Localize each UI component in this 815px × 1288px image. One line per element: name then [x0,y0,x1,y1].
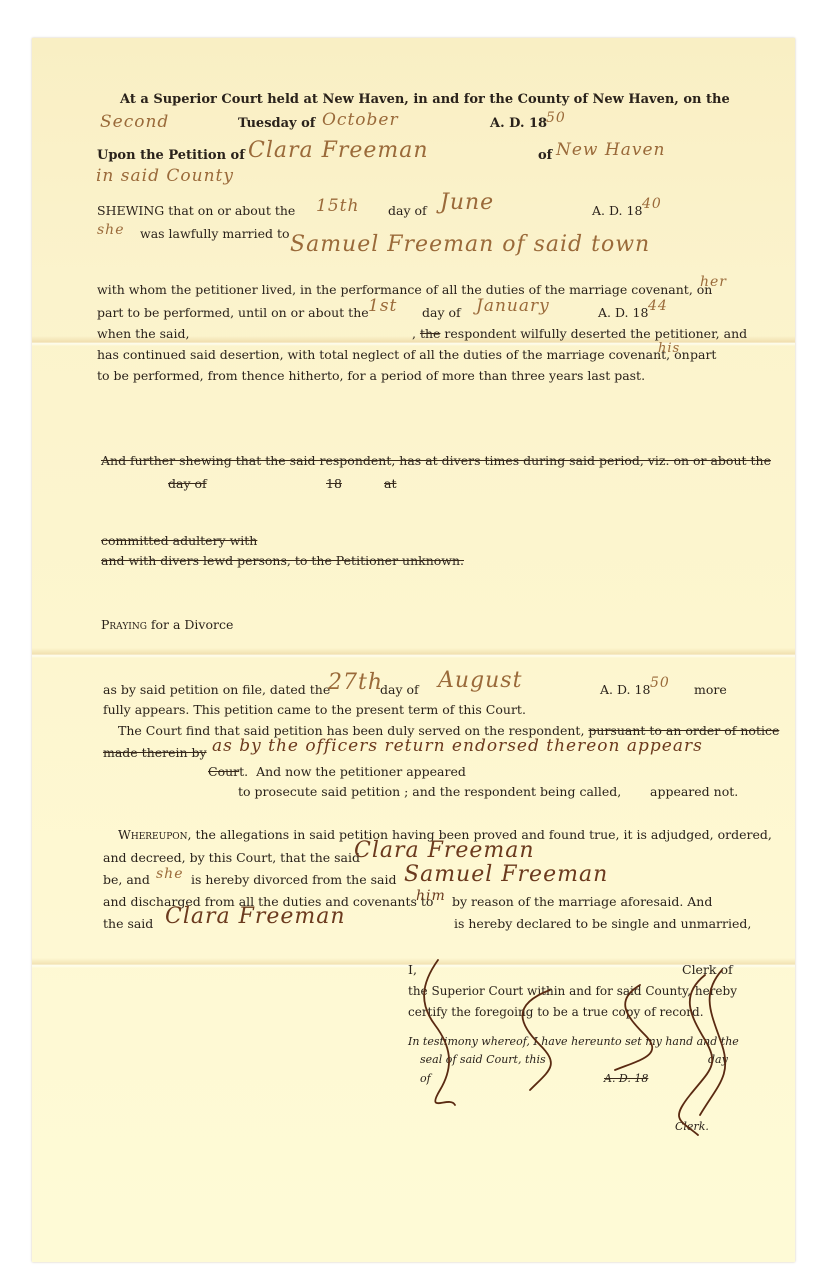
prosecute-line: to prosecute said petition ; and the res… [238,784,621,799]
part-line: part to be performed, until on or about … [97,305,369,320]
struck-at: at [384,476,396,491]
hw-pronoun: she [97,222,125,238]
struck-day-of: day of [168,476,207,491]
as-by-line: as by said petition on file, dated the [103,682,330,697]
hw-day: 15th [316,196,359,216]
court-t: t. [239,764,248,779]
hw-his: his [658,341,680,356]
struck-made-therein: made therein by [103,745,207,760]
ad-label-3: A. D. 18 [600,682,650,697]
of-label: of [538,148,552,163]
hw-her: her [700,274,727,290]
hw-ordinal: Second [100,112,169,132]
ad-label: A. D. 18 [592,203,642,218]
appeared-line: And now the petitioner appeared [256,764,466,779]
day-of-label-3: day of [380,682,419,697]
declared-line: is hereby declared to be single and unma… [454,916,751,931]
header-line: At a Superior Court held at New Haven, i… [120,92,730,107]
hw-name3: Clara Freeman [165,904,346,929]
hw-month-august: August [438,668,522,693]
tuesday-label: Tuesday of [238,116,315,131]
hw-name1: Clara Freeman [354,838,535,863]
hw-month: October [322,110,399,130]
whereupon-word: Whereupon, [118,827,191,842]
struck-lewd: and with divers lewd persons, to the Pet… [101,553,464,568]
hw-spouse: Samuel Freeman of said town [290,232,650,257]
part-word: part [690,347,716,362]
struck-the: the [420,326,440,341]
struck-18: 18 [326,476,342,491]
hw-month-june: June [440,190,494,215]
hw-petitioner: Clara Freeman [248,138,429,163]
hw-year-50: 50 [650,675,670,691]
hw-place: New Haven [556,140,665,160]
the-said: the said [103,916,153,931]
struck-adultery: committed adultery with [101,533,257,548]
hw-year-44: 44 [648,298,668,314]
lived-line: with whom the petitioner lived, in the p… [97,282,712,297]
hw-officer-return: as by the officers return endorsed there… [212,736,703,756]
praying-word: Praying [101,617,147,632]
more-word: more [694,682,727,697]
hw-year-40: 40 [642,196,662,212]
continued-line: has continued said desertion, with total… [97,347,690,362]
fully-line: fully appears. This petition came to the… [103,702,526,717]
struck-further-line: And further shewing that the said respon… [101,453,771,468]
hw-day-27: 27th [328,670,383,695]
married-to-label: was lawfully married to [140,226,290,241]
hw-she: she [156,866,184,882]
fold-line [32,648,795,658]
decree-line2: and decreed, by this Court, that the sai… [103,850,360,865]
struck-court: Cour [208,764,239,779]
appeared-not: appeared not. [650,784,738,799]
ad-label: A. D. 18 [490,116,547,131]
day-of-label: day of [388,203,427,218]
petition-label: Upon the Petition of [97,148,245,163]
hw-year: 50 [546,110,566,126]
hw-day2: 1st [368,296,397,316]
deserted-line: respondent wilfully deserted the petitio… [444,326,747,341]
by-reason: by reason of the marriage aforesaid. And [452,894,712,909]
ad-label-2: A. D. 18 [598,305,648,320]
hw-him: him [416,888,446,904]
shewing-label: SHEWING that on or about the [97,203,295,218]
be-and: be, and [103,872,150,887]
hw-name2: Samuel Freeman [404,862,608,887]
praying-rest: for a Divorce [151,617,234,632]
cancellation-squiggles [400,955,740,1145]
divorced-from: is hereby divorced from the said [191,872,396,887]
hw-place2: in said County [96,166,234,186]
day-of-label-2: day of [422,305,461,320]
hw-month-january: January [476,296,550,316]
hitherto-line: to be performed, from thence hitherto, f… [97,368,645,383]
when-said-label: when the said, [97,326,189,341]
